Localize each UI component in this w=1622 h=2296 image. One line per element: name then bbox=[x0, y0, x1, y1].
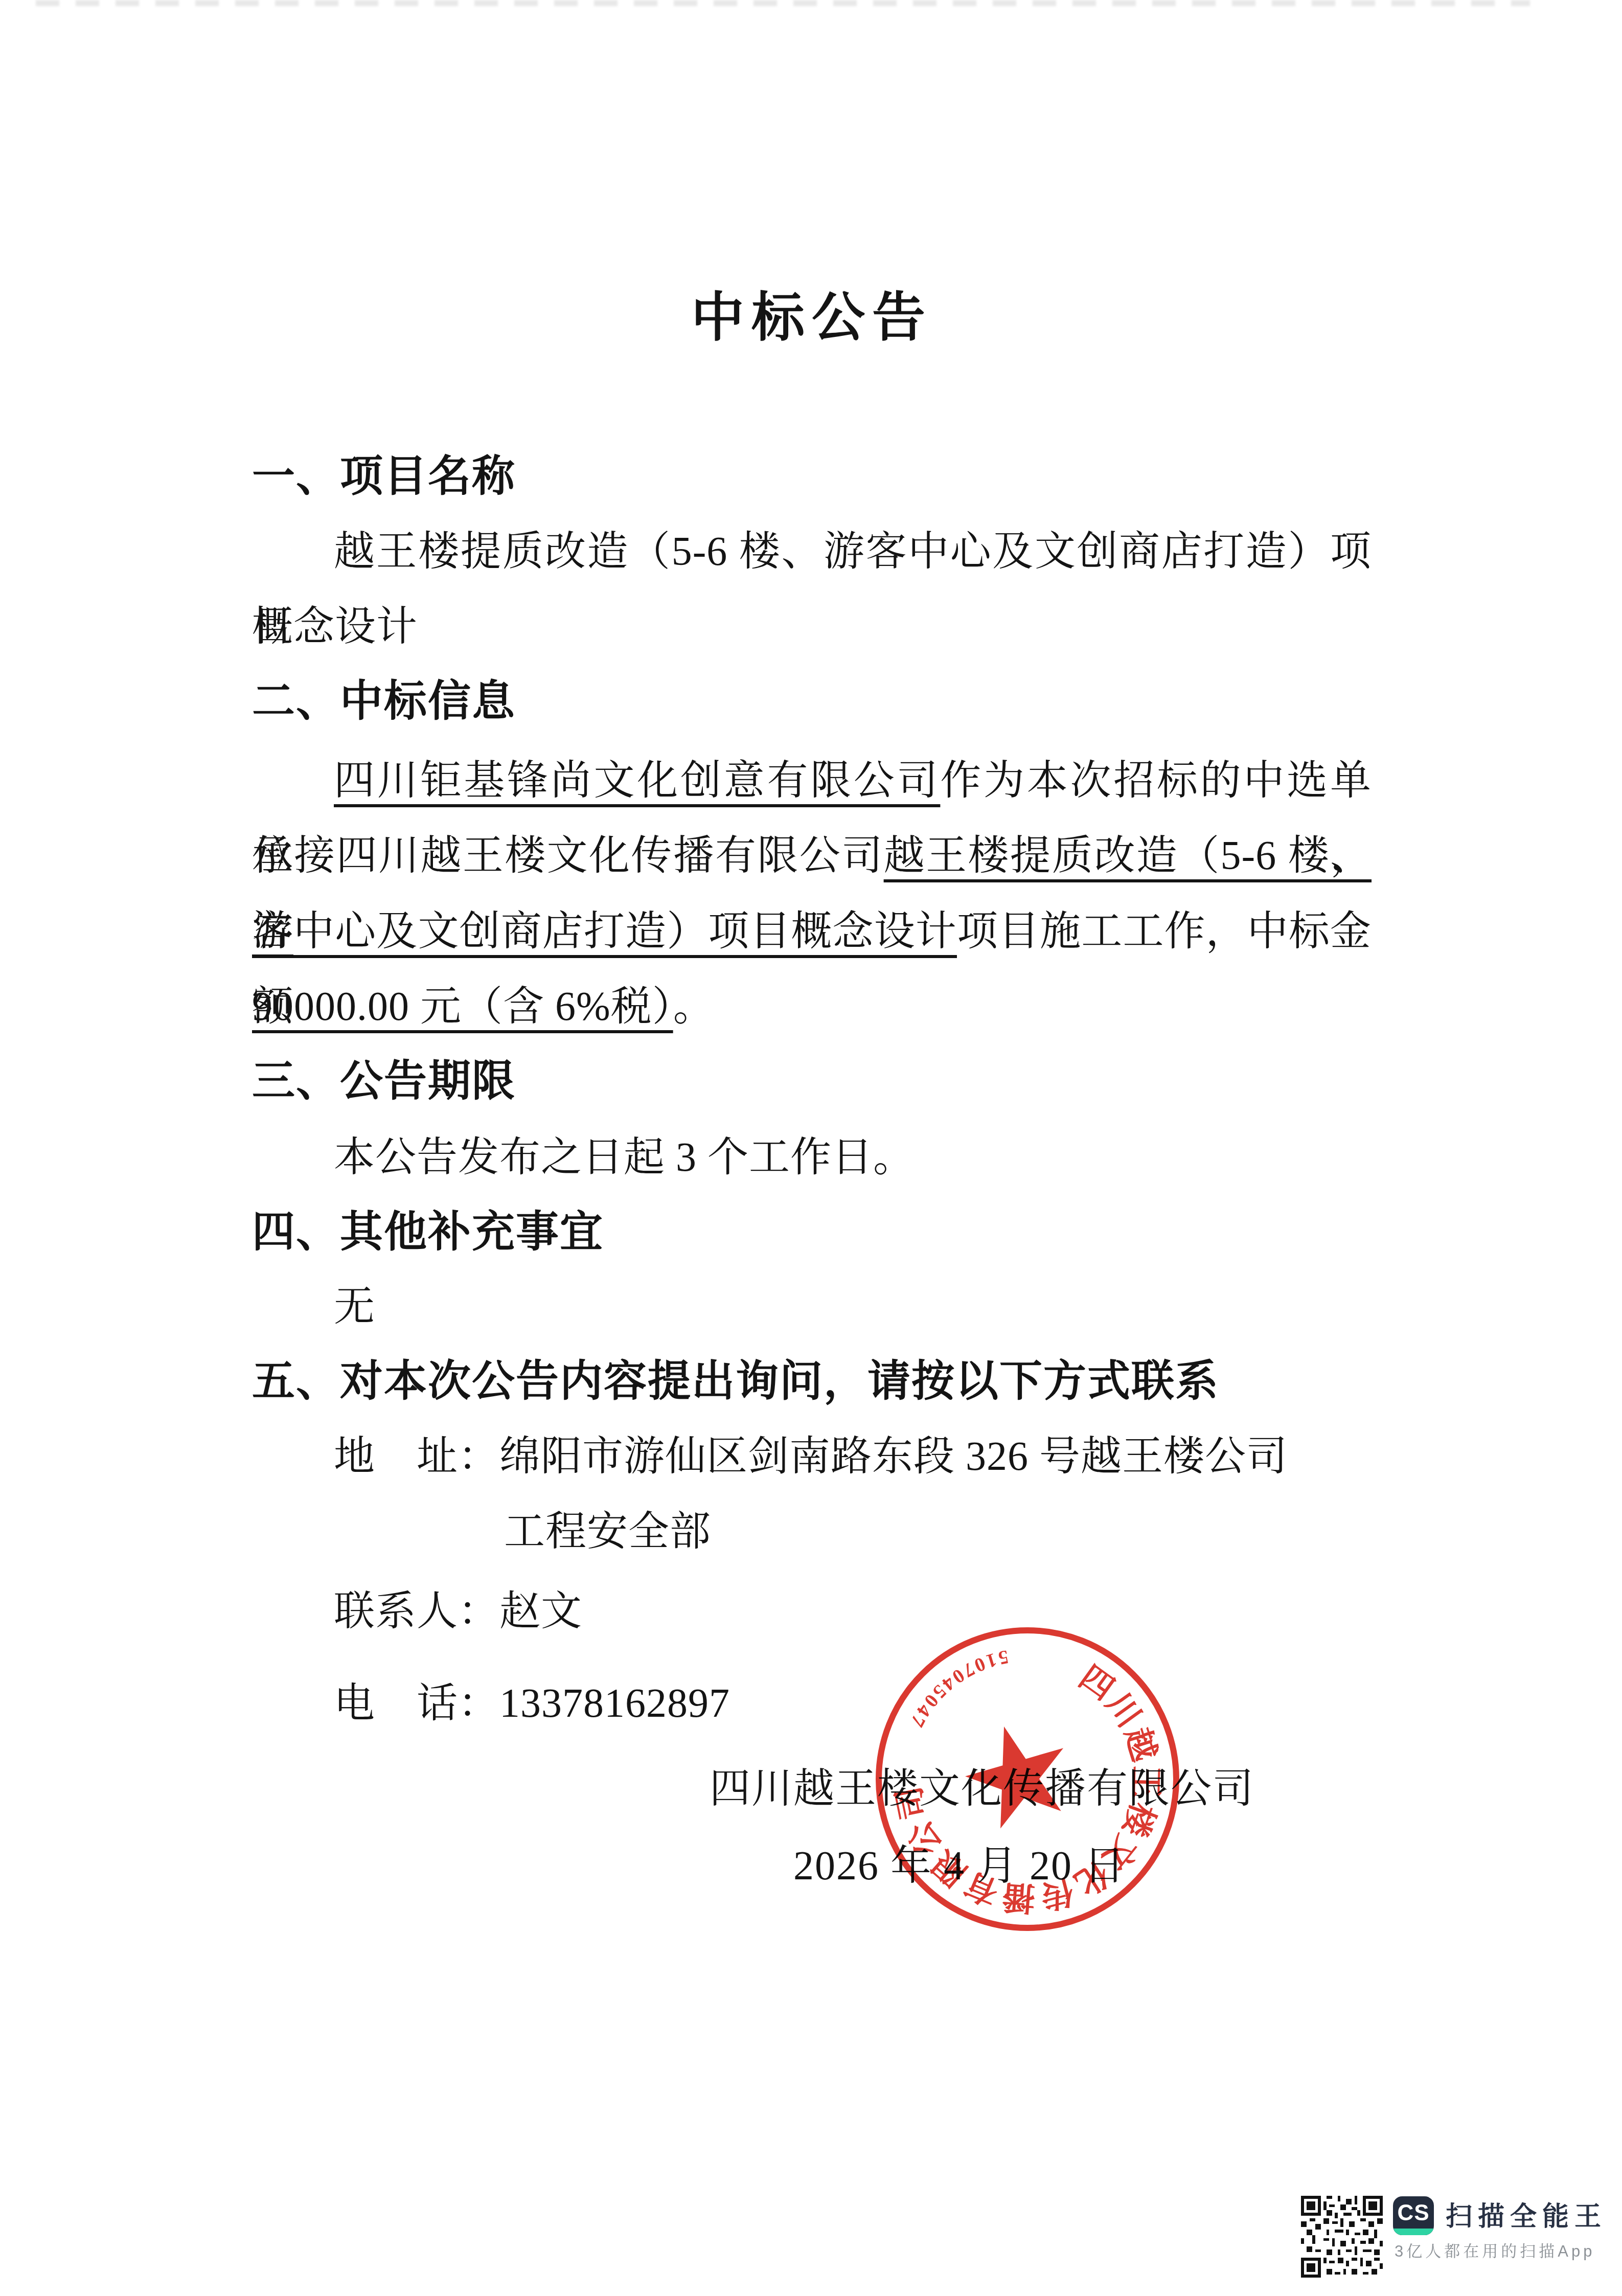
section2-line1: 四川钜基锋尚文化创意有限公司作为本次招标的中选单位， bbox=[252, 743, 1372, 819]
section3-line1: 本公告发布之日起 3 个工作日。 bbox=[252, 1120, 1372, 1195]
section1-line1: 越王楼提质改造（5-6 楼、游客中心及文创商店打造）项目 bbox=[252, 514, 1372, 589]
seal-star-icon bbox=[955, 1713, 1080, 1834]
company-seal-stamp: 四川越王楼文化传播有限公司 5107045047 bbox=[864, 1616, 1191, 1943]
camscanner-app-icon: CS bbox=[1393, 2196, 1434, 2235]
camscanner-tagline: 3亿人都在用的扫描App bbox=[1395, 2240, 1595, 2263]
section2-line2: 承接四川越王楼文化传播有限公司越王楼提质改造（5-6 楼、游 bbox=[252, 819, 1372, 894]
section2-line4: 90000.00 元（含 6%税）。 bbox=[252, 969, 1372, 1044]
section2-heading: 二、中标信息 bbox=[252, 664, 1372, 739]
contact-address: 地 址：绵阳市游仙区剑南路东段 326 号越王楼公司 bbox=[252, 1419, 1372, 1494]
section2-line3: 客中心及文创商店打造）项目概念设计项目施工工作，中标金额 bbox=[252, 894, 1372, 969]
contact-person: 联系人：赵文 bbox=[252, 1574, 1372, 1649]
contact-department: 工程安全部 bbox=[252, 1494, 1372, 1570]
section3-heading: 三、公告期限 bbox=[252, 1043, 1372, 1119]
qr-code bbox=[1301, 2196, 1383, 2278]
app-icon-teal-strip bbox=[1393, 2229, 1434, 2235]
section5-heading: 五、对本次公告内容提出询问，请按以下方式联系 bbox=[252, 1344, 1372, 1419]
bid-amount-underlined: 90000.00 元（含 6%税） bbox=[252, 984, 673, 1029]
section2-line4-period: 。 bbox=[673, 984, 715, 1029]
section1-line2: 概念设计 bbox=[252, 589, 1372, 665]
section4-line1: 无 bbox=[252, 1269, 1372, 1345]
contact-phone: 电 话：13378162897 bbox=[252, 1666, 1372, 1741]
camscanner-app-name: 扫描全能王 bbox=[1446, 2196, 1607, 2237]
project-name-underlined-2: 客中心及文创商店打造）项目概念设计 bbox=[252, 909, 957, 954]
winner-company-name: 四川钜基锋尚文化创意有限公司 bbox=[334, 758, 940, 803]
scanned-document-page: 中标公告 一、项目名称 越王楼提质改造（5-6 楼、游客中心及文创商店打造）项目… bbox=[0, 0, 1622, 2296]
document-title: 中标公告 bbox=[252, 281, 1372, 356]
section1-heading: 一、项目名称 bbox=[252, 439, 1372, 514]
cs-logo-text: CS bbox=[1397, 2200, 1429, 2226]
scan-edge-artifact bbox=[36, 0, 1530, 6]
section4-heading: 四、其他补充事宜 bbox=[252, 1194, 1372, 1269]
section2-line2-plain: 承接四川越王楼文化传播有限公司 bbox=[252, 833, 884, 878]
